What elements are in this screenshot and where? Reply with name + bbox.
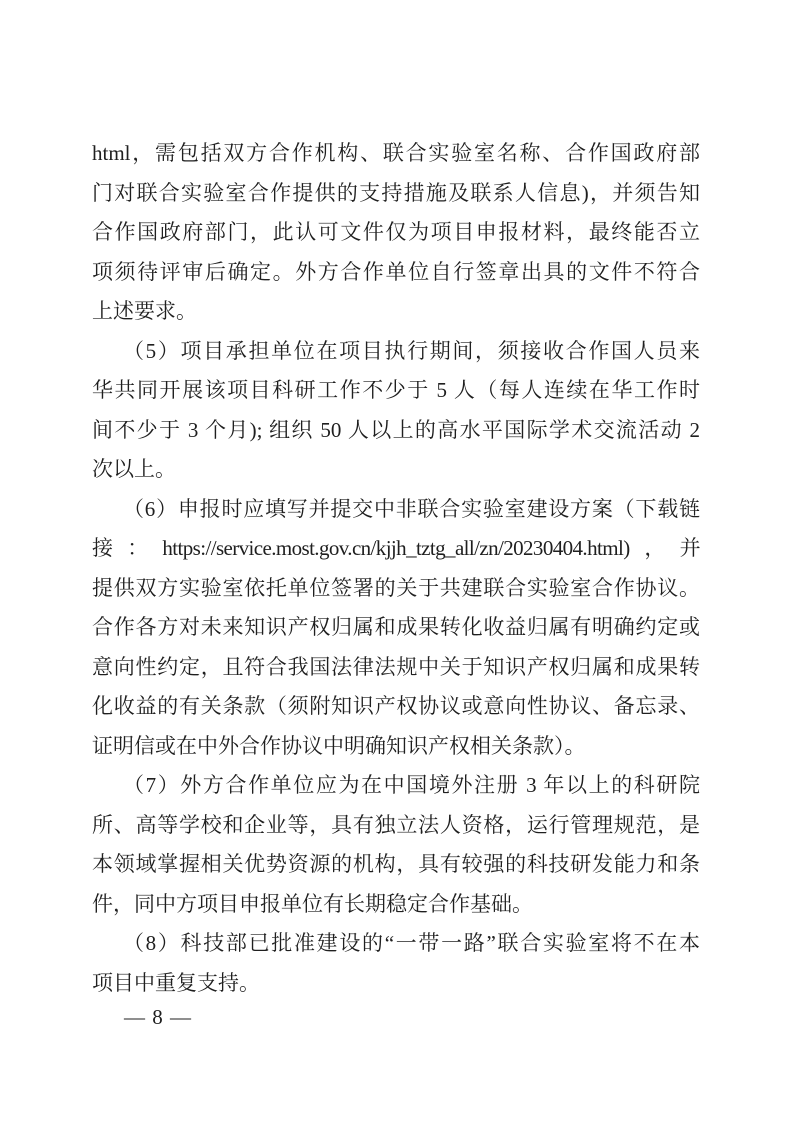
document-body: html，需包括双方合作机构、联合实验室名称、合作国政府部门对联合实验室合作提供… <box>92 134 700 1003</box>
text-line: 意向性约定，且符合我国法律法规中关于知识产权归属和成果转 <box>92 648 700 688</box>
text-line: 证明信或在中外合作协议中明确知识产权相关条款）。 <box>92 727 700 767</box>
document-page: html，需包括双方合作机构、联合实验室名称、合作国政府部门对联合实验室合作提供… <box>0 0 794 1123</box>
text-line: （8）科技部已批准建设的“一带一路”联合实验室将不在本 <box>92 924 700 964</box>
text-line: html，需包括双方合作机构、联合实验室名称、合作国政府部 <box>92 134 700 174</box>
text-line: 提供双方实验室依托单位签署的关于共建联合实验室合作协议。 <box>92 569 700 609</box>
text-line: （6）申报时应填写并提交中非联合实验室建设方案（下载链 <box>92 490 700 530</box>
text-line: 门对联合实验室合作提供的支持措施及联系人信息)，并须告知 <box>92 174 700 214</box>
page-number: — 8 — <box>124 1002 192 1032</box>
text-line: （7）外方合作单位应为在中国境外注册 3 年以上的科研院 <box>92 766 700 806</box>
text-line: 合作各方对未来知识产权归属和成果转化收益归属有明确约定或 <box>92 608 700 648</box>
text-line: 项须待评审后确定。外方合作单位自行签章出具的文件不符合 <box>92 253 700 293</box>
text-line: 项目中重复支持。 <box>92 964 700 1004</box>
text-line: 上述要求。 <box>92 292 700 332</box>
text-line: 件，同中方项目申报单位有长期稳定合作基础。 <box>92 885 700 925</box>
url-text: https://service.most.gov.cn/kjjh_tztg_al… <box>162 536 623 560</box>
paragraph: （6）申报时应填写并提交中非联合实验室建设方案（下载链接：https://ser… <box>92 490 700 767</box>
text-line: （5）项目承担单位在项目执行期间，须接收合作国人员来 <box>92 332 700 372</box>
paragraph: （7）外方合作单位应为在中国境外注册 3 年以上的科研院所、高等学校和企业等，具… <box>92 766 700 924</box>
text-line: 合作国政府部门，此认可文件仅为项目申报材料，最终能否立 <box>92 213 700 253</box>
paragraph: html，需包括双方合作机构、联合实验室名称、合作国政府部门对联合实验室合作提供… <box>92 134 700 332</box>
text-line: 间不少于 3 个月); 组织 50 人以上的高水平国际学术交流活动 2 <box>92 411 700 451</box>
paragraph: （5）项目承担单位在项目执行期间，须接收合作国人员来华共同开展该项目科研工作不少… <box>92 332 700 490</box>
text-line: 次以上。 <box>92 450 700 490</box>
text-line: 所、高等学校和企业等，具有独立法人资格，运行管理规范，是 <box>92 806 700 846</box>
text-line: 华共同开展该项目科研工作不少于 5 人（每人连续在华工作时 <box>92 371 700 411</box>
text-line: 接：https://service.most.gov.cn/kjjh_tztg_… <box>92 529 700 569</box>
text-line: 化收益的有关条款（须附知识产权协议或意向性协议、备忘录、 <box>92 687 700 727</box>
paragraph: （8）科技部已批准建设的“一带一路”联合实验室将不在本项目中重复支持。 <box>92 924 700 1003</box>
text-line: 本领域掌握相关优势资源的机构，具有较强的科技研发能力和条 <box>92 845 700 885</box>
